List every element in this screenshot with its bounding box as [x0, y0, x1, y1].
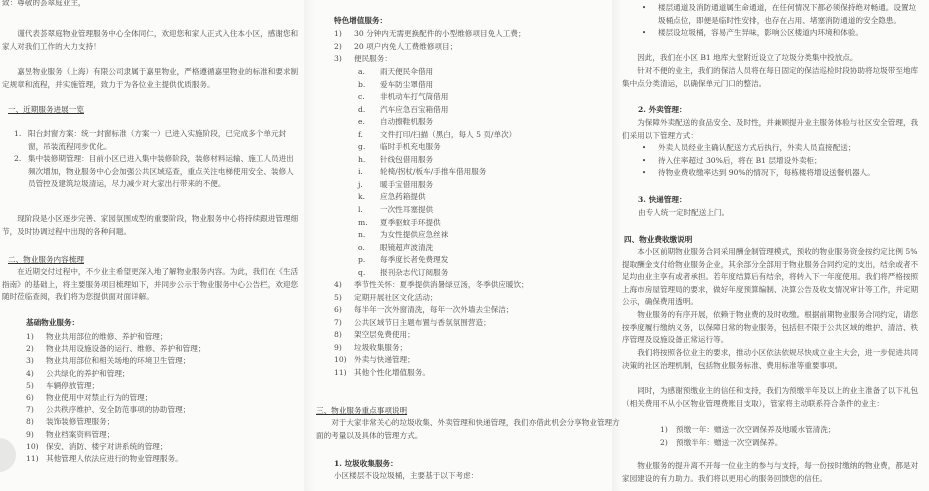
special-item: 10)外卖与快递管理； [334, 354, 606, 367]
page-curl-shadow [0, 438, 16, 472]
section-4-title: 四、物业费收缴说明 [624, 235, 692, 244]
closing-paragraph: 物业服务的提升离不开每一位业主的参与与支持，每一份按时缴纳的物业费，都是对家园建… [622, 460, 923, 485]
basic-item: 9)物业档案资料管理； [26, 429, 299, 441]
special-item: 4)季节性关怀：夏季提供消暑绿豆汤，冬季供应暖饮； [334, 279, 606, 292]
page-edge-shadow [304, 0, 314, 491]
convenience-list: a.雨天便民伞借用 b.爱车防尘罩借用 c.非机动车打气筒借用 d.汽车应急百宝… [358, 66, 606, 279]
fee-paragraph-3: 我们将按照各位业主的要求，推动小区依法依规尽快成立业主大会，进一步促进共同决策的… [622, 347, 923, 372]
basic-services-list: 1)物业共用部位的维修、养护和管理； 2)物业共用设施设备的运行、维修、养护和管… [26, 331, 299, 465]
takeout-item: •待入住率超过 30%后，将在 B1 层增设外卖柜； [630, 155, 923, 168]
special-services-list-continued: 4)季节性关怀：夏季提供消暑绿豆汤，冬季供应暖饮； 5)定期开展社区文化活动； … [334, 279, 606, 379]
section-2-title: 二、物业服务内容梳理 [8, 255, 84, 264]
section-3-title: 三、物业服务重点事项说明 [316, 406, 407, 415]
convenience-item: k.应急药箱提供 [358, 191, 606, 204]
convenience-item: e.自动擦鞋机服务 [358, 116, 606, 129]
progress-list: 1.阳台封窗方案：统一封窗标准（方案一）已进入实施阶段，已完成多个单元封窗，吊装… [14, 128, 295, 191]
takeout-title: 2. 外卖管理： [638, 105, 687, 114]
convenience-item: b.爱车防尘罩借用 [358, 79, 606, 92]
convenience-item: q.报刊杂志代订阅服务 [358, 267, 606, 280]
garbage-reasons-list: •楼层通道及消防通道属生命通道，在任何情况下都必须保持绝对畅通。设置垃圾桶点位，… [630, 2, 923, 40]
gift-intro: 同时，为感谢预缴业主的信任和支持，我们为预缴半年及以上的业主准备了以下礼包（相关… [622, 385, 923, 410]
section-1-title: 一、近期服务进展一览 [8, 105, 84, 114]
takeout-body: 为保障外卖配送的食品安全、及时性，并兼顾提升业主服务体验与社区安全管理，我们采用… [622, 117, 923, 142]
fee-paragraph-2: 物业服务的有序开展，依赖于物业费的及时收缴。根据前期物业服务合同约定，请您按季度… [622, 309, 923, 347]
special-item: 7)公共区域节日主题布置与香氛氛围营造； [334, 317, 606, 330]
basic-item: 10)保安、消防、楼宇对讲系统的管理； [26, 441, 299, 453]
basic-item: 3)物业共用部位和相关场地的环境卫生管理； [26, 355, 299, 367]
garbage-reason: •楼层通道及消防通道属生命通道，在任何情况下都必须保持绝对畅通。设置垃圾桶点位，… [630, 2, 923, 27]
special-item: 3)便民服务： [334, 53, 606, 66]
basic-item: 7)公共秩序维护、安全防范事项的协助管理； [26, 404, 299, 416]
special-item: 2)20 项户内免人工费维修项目； [334, 41, 606, 54]
basic-services-title: 基础物业服务： [26, 318, 79, 327]
page-middle: 特色增值服务： 1)30 分钟内无需更换配件的小型维修项目免人工费； 2)20 … [310, 0, 610, 491]
gift-item: 2)预缴半年：赠送一次空调保养。 [660, 437, 923, 450]
progress-item-2: 2.集中装修期管理：目前小区已进入集中装修阶段，装修材料运输、施工人员进出频次增… [14, 153, 295, 191]
intro-paragraph-2: 嘉昱物业服务（上海）有限公司隶属于嘉里物业，严格遵循嘉里物业的标准和要求制定规章… [2, 66, 299, 91]
basic-item: 2)物业共用设施设备的运行、维修、养护和管理； [26, 343, 299, 355]
convenience-item: g.临时手机充电服务 [358, 141, 606, 154]
convenience-item: n.为女性提供应急丝袜 [358, 229, 606, 242]
basic-item: 6)物业使用中对禁止行为的管理； [26, 392, 299, 404]
intro-paragraph-1: 谨代表荟翠庭物业管理服务中心全体同仁，欢迎您和家人正式入住本小区，感谢您和家人对… [2, 28, 299, 53]
express-body: 由专人统一定时配送上门。 [638, 208, 729, 217]
convenience-item: d.汽车应急百宝箱借用 [358, 104, 606, 117]
takeout-item: •待物业费收缴率达到 90%的情况下，每栋楼将增设送餐机器人。 [630, 167, 923, 180]
convenience-item: c.非机动车打气筒借用 [358, 91, 606, 104]
convenience-item: h.针线包借用服务 [358, 154, 606, 167]
salutation: 致：尊敬的荟翠庭业主， [2, 0, 299, 10]
special-item: 8)架空层免费使用； [334, 329, 606, 342]
garbage-note-2: 针对不便的业主，我们的保洁人员将在每日固定的保洁巡检时段协助将垃圾带至地库集中点… [622, 65, 923, 90]
basic-item: 5)车辆停放管理； [26, 380, 299, 392]
section-2-body: 在近期交付过程中，不少业主希望更深入地了解物业服务内容。为此，我们在《生活指南》… [2, 266, 299, 304]
progress-item-1: 1.阳台封窗方案：统一封窗标准（方案一）已进入实施阶段，已完成多个单元封窗，吊装… [14, 128, 295, 153]
basic-item: 4)公共绿化的养护和管理； [26, 368, 299, 380]
page-edge-shadow [612, 0, 622, 491]
convenience-item: p.每季度长者免费理发 [358, 254, 606, 267]
progress-note: 现阶段是小区逐步完善、家园氛围成型的重要阶段，物业服务中心将持续跟进管理细节，及… [2, 213, 299, 238]
special-item: 9)垃圾收集服务； [334, 342, 606, 355]
special-item: 5)定期开展社区文化活动； [334, 292, 606, 305]
convenience-item: i.轮椅/拐杖/板车/手推车借用服务 [358, 166, 606, 179]
special-item: 11)其他个性化增值服务。 [334, 367, 606, 380]
convenience-item: l.一次性耳塞提供 [358, 204, 606, 217]
page-left: 致：尊敬的荟翠庭业主， 谨代表荟翠庭物业管理服务中心全体同仁，欢迎您和家人正式入… [0, 0, 303, 491]
takeout-item: •外卖人员经业主确认配送方式后执行，外卖人员直接配送； [630, 142, 923, 155]
garbage-note-1: 因此，我们在小区 B1 地库大堂附近设立了垃圾分类集中投放点。 [622, 52, 923, 65]
garbage-body: 小区楼层不设垃圾桶，主要基于以下考虑： [334, 471, 478, 480]
page-right: •楼层通道及消防通道属生命通道，在任何情况下都必须保持绝对畅通。设置垃圾桶点位，… [618, 0, 929, 491]
convenience-item: a.雨天便民伞借用 [358, 66, 606, 79]
basic-item: 11)其他管理人依法应进行的物业管理服务。 [26, 453, 299, 465]
special-item: 6)每半年一次外窗清洗，每年一次外墙去尘保洁； [334, 304, 606, 317]
gift-list: 1)预缴一年：赠送一次空调保养及地暖水管清洗； 2)预缴半年：赠送一次空调保养。 [660, 424, 923, 449]
convenience-item: o.眼镜超声波清洗 [358, 242, 606, 255]
basic-item: 8)装饰装修管理服务； [26, 416, 299, 428]
convenience-item: m.夏季驱蚊手环提供 [358, 217, 606, 230]
special-services-list: 1)30 分钟内无需更换配件的小型维修项目免人工费； 2)20 项户内免人工费维… [334, 28, 606, 66]
convenience-item: j.暖手宝借用服务 [358, 179, 606, 192]
section-3-body: 对于大家非常关心的垃圾收集、外卖管理和快递管理，我们亦借此机会分享物业管理方面的… [316, 417, 624, 442]
special-item: 1)30 分钟内无需更换配件的小型维修项目免人工费； [334, 28, 606, 41]
special-services-title: 特色增值服务： [334, 16, 387, 25]
takeout-list: •外卖人员经业主确认配送方式后执行，外卖人员直接配送； •待入住率超过 30%后… [630, 142, 923, 180]
gift-item: 1)预缴一年：赠送一次空调保养及地暖水管清洗； [660, 424, 923, 437]
convenience-item: f.文件打印/扫描（黑白，每人 5 页/单次） [358, 129, 606, 142]
basic-item: 1)物业共用部位的维修、养护和管理； [26, 331, 299, 343]
express-title: 3. 快递管理： [638, 195, 687, 204]
fee-paragraph-1: 本小区前期物业服务合同采用酬金制管理模式，预收的物业服务资金按约定比例 5%提取… [622, 246, 923, 309]
garbage-title: 1. 垃圾收集服务： [334, 459, 398, 468]
garbage-reason: •楼层设垃圾桶，容易产生异味，影响公区楼道内环境和体验。 [630, 27, 923, 40]
